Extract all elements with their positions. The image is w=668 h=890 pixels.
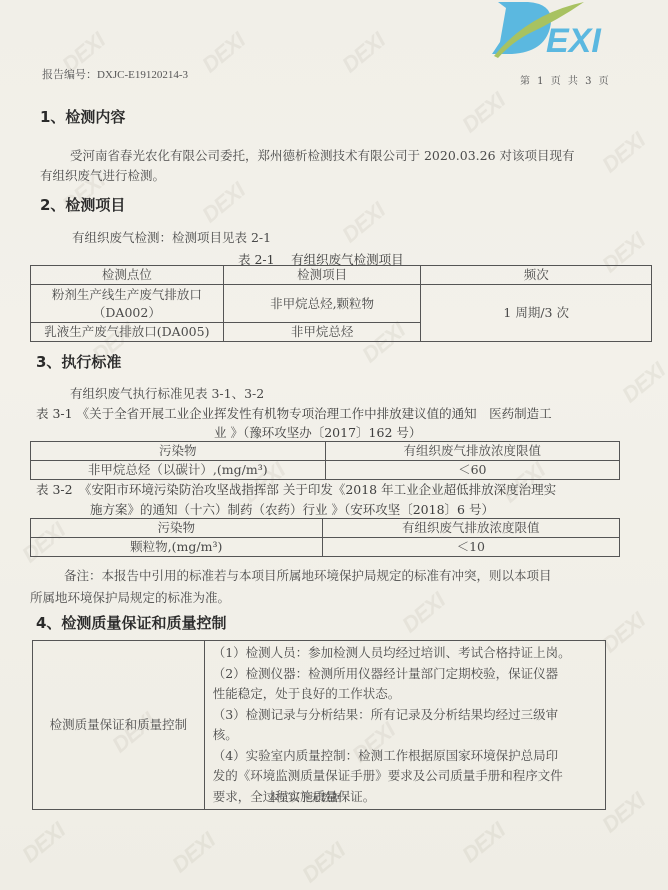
pollutant-cell: 颗粒物,(mg/m³) — [31, 538, 323, 557]
watermark-icon: DEXI — [297, 838, 350, 888]
qc-label-cell: 检测质量保证和质量控制 — [33, 641, 205, 810]
watermark-icon: DEXI — [337, 198, 390, 248]
section-2-title: 2、检测项目 — [40, 194, 125, 215]
section-2-intro: 有组织废气检测：检测项目见表 2-1 — [72, 228, 271, 246]
point-cell: 粉剂生产线生产废气排放口 （DA002） — [31, 285, 224, 323]
watermark-icon: DEXI — [197, 178, 250, 228]
qc-line: （3）检测记录与分析结果：所有记录及分析结果均经过三级审 — [213, 705, 599, 726]
table-row: 检测质量保证和质量控制 （1）检测人员：参加检测人员均经过培训、考试合格持证上岗… — [33, 641, 606, 810]
page-indicator: 第 1 页 共 3 页 — [520, 72, 611, 87]
header-cell: 检测点位 — [31, 266, 224, 285]
watermark-icon: DEXI — [337, 28, 390, 78]
standard-note-line2: 所属地环境保护局规定的标准为准。 — [30, 588, 230, 606]
header-cell: 污染物 — [31, 519, 323, 538]
limit-cell: ＜10 — [322, 538, 619, 557]
standard-note-line1: 备注：本报告中引用的标准若与本项目所属地环境保护局规定的标准有冲突，则以本项目 — [64, 566, 552, 584]
watermark-icon: DEXI — [17, 818, 70, 868]
table-3-1-caption-line2: 业 》（豫环攻坚办〔2017〕162 号） — [214, 423, 421, 441]
quality-control-table: 检测质量保证和质量控制 （1）检测人员：参加检测人员均经过培训、考试合格持证上岗… — [32, 640, 606, 810]
limit-cell: ＜60 — [325, 461, 619, 480]
dexi-logo: EXI — [488, 0, 638, 64]
items-cell: 非甲烷总烃 — [223, 323, 421, 342]
report-number-label: 报告编号： — [42, 68, 97, 81]
table-row: 颗粒物,(mg/m³) ＜10 — [31, 538, 620, 557]
logo-icon: EXI — [488, 0, 638, 64]
table-3-2-caption-line1: 表 3-2 《安阳市环境污染防治攻坚战指挥部 关于印发《2018 年工业企业超低… — [36, 480, 556, 498]
table-3-1-caption-line1: 表 3-1 《关于全省开展工业企业挥发性有机物专项治理工作中排放建议值的通知 医… — [36, 404, 552, 422]
section-3-intro: 有组织废气执行标准见表 3-1、3-2 — [70, 384, 264, 402]
qc-line: （1）检测人员：参加检测人员均经过培训、考试合格持证上岗。 — [213, 643, 599, 664]
table-3-1: 污染物 有组织废气排放浓度限值 非甲烷总烃（以碳计）,(mg/m³) ＜60 — [30, 441, 620, 480]
watermark-icon: DEXI — [197, 28, 250, 78]
qc-content-cell: （1）检测人员：参加检测人员均经过培训、考试合格持证上岗。 （2）检测仪器：检测… — [204, 641, 605, 810]
header-cell: 检测项目 — [223, 266, 421, 285]
watermark-icon: DEXI — [617, 358, 668, 408]
table-header-row: 污染物 有组织废气排放浓度限值 — [31, 519, 620, 538]
svg-text:EXI: EXI — [546, 22, 602, 60]
watermark-icon: DEXI — [167, 828, 220, 878]
header-cell: 有组织废气排放浓度限值 — [322, 519, 619, 538]
qc-line: 发的《环境监测质量保证手册》要求及公司质量手册和程序文件 — [213, 766, 599, 787]
table-3-2-caption-line2: 施方案》的通知（十六）制药（农药）行业 》（安环攻坚〔2018〕6 号） — [90, 500, 494, 518]
qc-line: 核。 — [213, 725, 599, 746]
report-number: 报告编号：DXJC-E19120214-3 — [42, 66, 188, 82]
watermark-icon: DEXI — [397, 588, 450, 638]
point-line2: （DA002） — [31, 304, 223, 322]
section-1-text-line2: 有组织废气进行检测。 — [40, 166, 165, 184]
header-cell: 有组织废气排放浓度限值 — [325, 442, 619, 461]
no-data-note: 本页以下无数据 — [268, 790, 342, 805]
report-number-value: DXJC-E19120214-3 — [97, 69, 188, 81]
table-header-row: 污染物 有组织废气排放浓度限值 — [31, 442, 620, 461]
watermark-icon: DEXI — [457, 818, 510, 868]
qc-line: （2）检测仪器：检测所用仪器经计量部门定期校验，保证仪器 — [213, 664, 599, 685]
frequency-cell: 1 周期/3 次 — [421, 285, 652, 342]
report-page: DEXI DEXI DEXI DEXI DEXI DEXI DEXI DEXI … — [0, 0, 668, 890]
section-4-title: 4、检测质量保证和质量控制 — [36, 612, 226, 633]
section-1-title: 1、检测内容 — [40, 106, 125, 127]
point-line1: 粉剂生产线生产废气排放口 — [31, 286, 223, 304]
watermark-icon: DEXI — [457, 88, 510, 138]
table-row: 非甲烷总烃（以碳计）,(mg/m³) ＜60 — [31, 461, 620, 480]
watermark-icon: DEXI — [597, 128, 650, 178]
table-header-row: 检测点位 检测项目 频次 — [31, 266, 652, 285]
header-cell: 污染物 — [31, 442, 326, 461]
table-3-2: 污染物 有组织废气排放浓度限值 颗粒物,(mg/m³) ＜10 — [30, 518, 620, 557]
qc-line: 性能稳定，处于良好的工作状态。 — [213, 684, 599, 705]
section-3-title: 3、执行标准 — [36, 351, 121, 372]
point-cell: 乳液生产废气排放口(DA005) — [31, 323, 224, 342]
section-1-text-line1: 受河南省春光农化有限公司委托，郑州德析检测技术有限公司于 2020.03.26 … — [70, 146, 575, 164]
pollutant-cell: 非甲烷总烃（以碳计）,(mg/m³) — [31, 461, 326, 480]
qc-line: （4）实验室内质量控制：检测工作根据原国家环境保护总局印 — [213, 746, 599, 767]
items-cell: 非甲烷总烃,颗粒物 — [223, 285, 421, 323]
header-cell: 频次 — [421, 266, 652, 285]
table-2-1: 检测点位 检测项目 频次 粉剂生产线生产废气排放口 （DA002） 非甲烷总烃,… — [30, 265, 652, 342]
table-row: 粉剂生产线生产废气排放口 （DA002） 非甲烷总烃,颗粒物 1 周期/3 次 — [31, 285, 652, 323]
